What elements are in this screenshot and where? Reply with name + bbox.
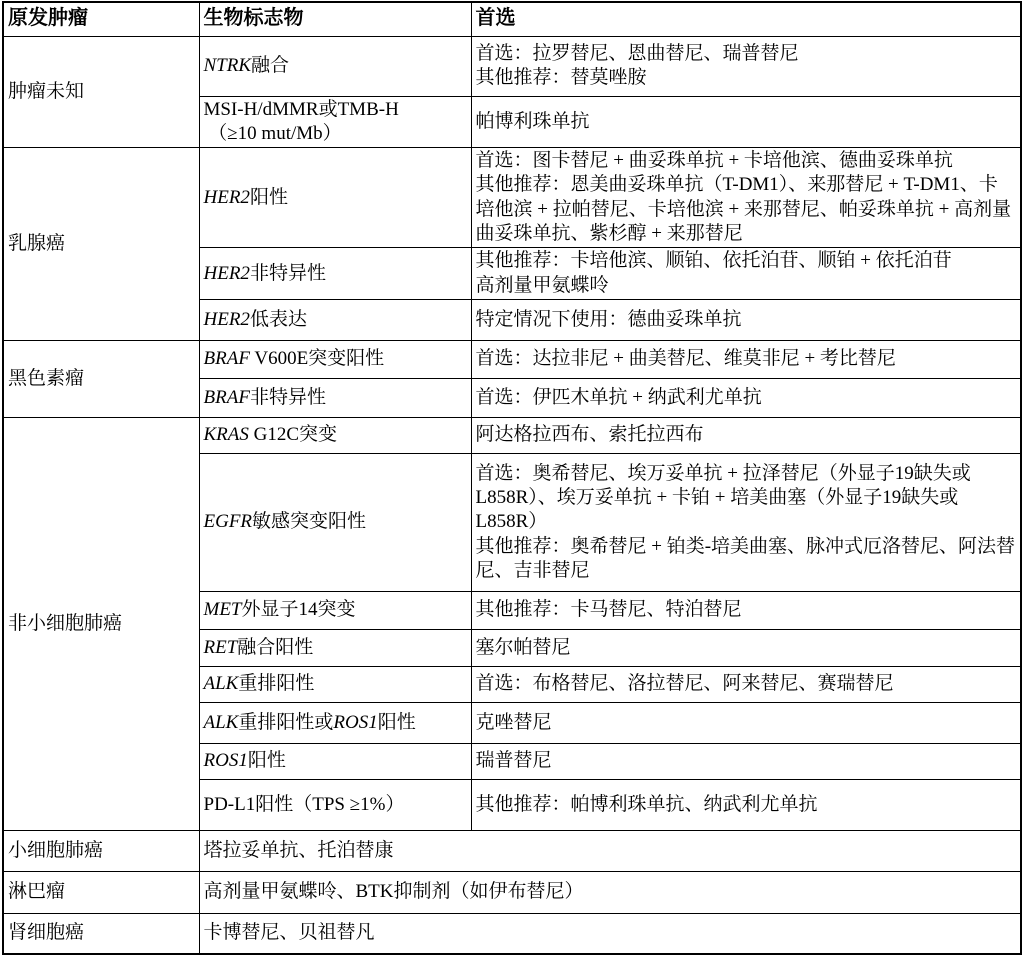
cell-tumor-sclc: 小细胞肺癌 <box>3 831 199 872</box>
cell-tumor-rcc: 肾细胞癌 <box>3 914 199 954</box>
cell-treatment-pdl1: 其他推荐：帕博利珠单抗、纳武利尤单抗 <box>471 780 1021 831</box>
cell-treatment-ros1: 瑞普替尼 <box>471 744 1021 780</box>
cell-biomarker-ret: RET融合阳性 <box>199 630 471 667</box>
cell-biomarker-brafnonspec: BRAF非特异性 <box>199 379 471 418</box>
cell-treatment-brafnonspec: 首选：伊匹木单抗 + 纳武利尤单抗 <box>471 379 1021 418</box>
table-row: 小细胞肺癌 塔拉妥单抗、托泊替康 <box>3 831 1021 872</box>
cell-biomarker-egfr: EGFR敏感突变阳性 <box>199 454 471 592</box>
cell-treatment-kras: 阿达格拉西布、索托拉西布 <box>471 418 1021 454</box>
cell-treatment-ret: 塞尔帕替尼 <box>471 630 1021 667</box>
cell-biomarker-msi: MSI-H/dMMR或TMB-H （≥10 mut/Mb） <box>199 96 471 148</box>
cell-treatment-lymphoma: 高剂量甲氨蝶呤、BTK抑制剂（如伊布替尼） <box>199 872 1021 914</box>
cell-biomarker-kras: KRAS G12C突变 <box>199 418 471 454</box>
cell-tumor-nsclc: 非小细胞肺癌 <box>3 418 199 831</box>
cell-treatment-brafv600e: 首选：达拉非尼 + 曲美替尼、维莫非尼 + 考比替尼 <box>471 341 1021 379</box>
header-row: 原发肿瘤 生物标志物 首选 <box>3 2 1021 36</box>
cell-treatment-egfr: 首选：奥希替尼、埃万妥单抗 + 拉泽替尼（外显子19缺失或L858R）、埃万妥单… <box>471 454 1021 592</box>
cell-tumor-lymphoma: 淋巴瘤 <box>3 872 199 914</box>
cell-treatment-alk: 首选：布格替尼、洛拉替尼、阿来替尼、赛瑞替尼 <box>471 667 1021 703</box>
table-row: 乳腺癌 HER2阳性 首选：图卡替尼 + 曲妥珠单抗 + 卡培他滨、德曲妥珠单抗… <box>3 148 1021 248</box>
cell-treatment-ntrk: 首选：拉罗替尼、恩曲替尼、瑞普替尼 其他推荐：替莫唑胺 <box>471 36 1021 96</box>
cell-biomarker-brafv600e: BRAF V600E突变阳性 <box>199 341 471 379</box>
header-biomarker: 生物标志物 <box>199 2 471 36</box>
cell-treatment-her2low: 特定情况下使用：德曲妥珠单抗 <box>471 300 1021 341</box>
cell-tumor-breast: 乳腺癌 <box>3 148 199 341</box>
cell-biomarker-her2low: HER2低表达 <box>199 300 471 341</box>
cell-treatment-rcc: 卡博替尼、贝祖替凡 <box>199 914 1021 954</box>
cell-tumor-unknown: 肿瘤未知 <box>3 36 199 148</box>
cell-biomarker-ntrk: NTRK融合 <box>199 36 471 96</box>
cell-biomarker-pdl1: PD-L1阳性（TPS ≥1%） <box>199 780 471 831</box>
document-page: 原发肿瘤 生物标志物 首选 肿瘤未知 NTRK融合 首选：拉罗替尼、恩曲替尼、瑞… <box>0 0 1024 976</box>
cell-biomarker-her2pos: HER2阳性 <box>199 148 471 248</box>
table-row: 肾细胞癌 卡博替尼、贝祖替凡 <box>3 914 1021 954</box>
table-row: 非小细胞肺癌 KRAS G12C突变 阿达格拉西布、索托拉西布 <box>3 418 1021 454</box>
cell-treatment-alkros1: 克唑替尼 <box>471 703 1021 744</box>
header-primary-tumor: 原发肿瘤 <box>3 2 199 36</box>
cell-treatment-msi: 帕博利珠单抗 <box>471 96 1021 148</box>
cell-biomarker-alk: ALK重排阳性 <box>199 667 471 703</box>
cell-treatment-her2nonspec: 其他推荐：卡培他滨、顺铂、依托泊苷、顺铂 + 依托泊苷 高剂量甲氨蝶呤 <box>471 248 1021 300</box>
cell-biomarker-alkros1: ALK重排阳性或ROS1阳性 <box>199 703 471 744</box>
cell-biomarker-her2nonspec: HER2非特异性 <box>199 248 471 300</box>
table-row: 肿瘤未知 NTRK融合 首选：拉罗替尼、恩曲替尼、瑞普替尼 其他推荐：替莫唑胺 <box>3 36 1021 96</box>
cell-tumor-melanoma: 黑色素瘤 <box>3 341 199 418</box>
cell-biomarker-met: MET外显子14突变 <box>199 592 471 630</box>
cell-treatment-met: 其他推荐：卡马替尼、特泊替尼 <box>471 592 1021 630</box>
table-row: 黑色素瘤 BRAF V600E突变阳性 首选：达拉非尼 + 曲美替尼、维莫非尼 … <box>3 341 1021 379</box>
table-row: 淋巴瘤 高剂量甲氨蝶呤、BTK抑制剂（如伊布替尼） <box>3 872 1021 914</box>
header-preferred: 首选 <box>471 2 1021 36</box>
cell-treatment-her2pos: 首选：图卡替尼 + 曲妥珠单抗 + 卡培他滨、德曲妥珠单抗 其他推荐：恩美曲妥珠… <box>471 148 1021 248</box>
treatment-table: 原发肿瘤 生物标志物 首选 肿瘤未知 NTRK融合 首选：拉罗替尼、恩曲替尼、瑞… <box>2 1 1022 955</box>
cell-treatment-sclc: 塔拉妥单抗、托泊替康 <box>199 831 1021 872</box>
cell-biomarker-ros1: ROS1阳性 <box>199 744 471 780</box>
